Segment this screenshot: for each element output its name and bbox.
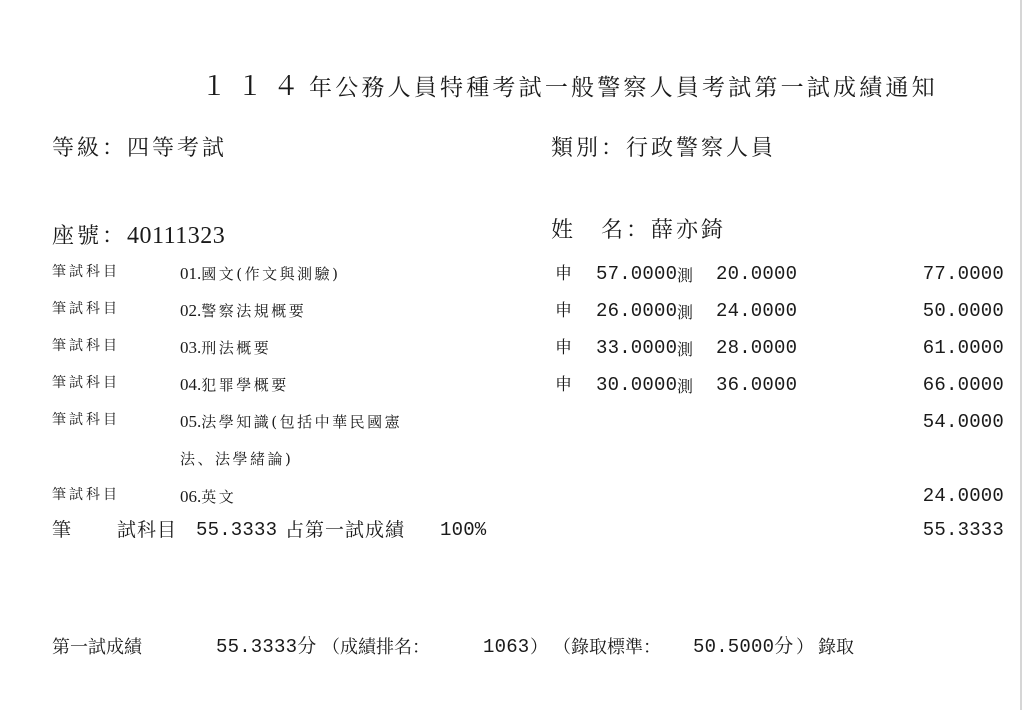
final-score: 55.3333分 bbox=[216, 638, 316, 657]
mc-score: 24.0000 bbox=[716, 302, 797, 321]
essay-mark: 申 bbox=[555, 340, 572, 357]
admission-result: 錄取 bbox=[818, 639, 854, 657]
category-label: 類別： bbox=[551, 136, 626, 161]
subject-name: 05.法學知識(包括中華民國憲 bbox=[180, 413, 402, 430]
subject-name-continued: 法、法學緒論) bbox=[180, 452, 293, 467]
subject-label: 筆試科目 bbox=[52, 265, 120, 279]
seat-label: 座號： bbox=[52, 224, 127, 249]
subject-total: 77.0000 bbox=[923, 265, 1004, 284]
subject-name: 03.刑法概要 bbox=[180, 339, 271, 356]
mc-score: 20.0000 bbox=[716, 265, 797, 284]
standard-value: 50.5000分 bbox=[693, 638, 793, 657]
essay-score: 33.0000 bbox=[596, 339, 677, 358]
final-label: 第一試成績 bbox=[52, 639, 142, 657]
subject-label: 筆試科目 bbox=[52, 413, 120, 427]
rank-close: ） bbox=[530, 639, 548, 657]
standard-close: ） bbox=[796, 639, 814, 657]
document-title: １１４年公務人員特種考試一般警察人員考試第一試成績通知 bbox=[201, 74, 938, 100]
essay-score: 30.0000 bbox=[596, 376, 677, 395]
essay-mark: 申 bbox=[555, 266, 572, 283]
subject-label: 筆試科目 bbox=[52, 302, 120, 316]
name-label: 姓 名： bbox=[551, 218, 651, 243]
subject-total: 50.0000 bbox=[923, 302, 1004, 321]
subject-label: 筆試科目 bbox=[52, 339, 120, 353]
name-value: 薛亦錡 bbox=[651, 218, 726, 243]
subject-name: 01.國文(作文與測驗) bbox=[180, 265, 340, 282]
subject-name: 06.英文 bbox=[180, 488, 236, 505]
mc-mark: 測 bbox=[677, 268, 693, 284]
rank-open: （成績排名： bbox=[322, 639, 430, 657]
level-label: 等級： bbox=[52, 136, 127, 161]
page-edge-border bbox=[1020, 0, 1022, 710]
seat-field: 座號：40111323 bbox=[52, 224, 225, 248]
name-field: 姓 名：薛亦錡 bbox=[551, 220, 726, 242]
mc-mark: 測 bbox=[677, 305, 693, 321]
summary-label-b: 試科目 bbox=[117, 521, 177, 540]
category-value: 行政警察人員 bbox=[626, 136, 776, 161]
subject-name: 04.犯罪學概要 bbox=[180, 376, 289, 393]
subject-total: 54.0000 bbox=[923, 413, 1004, 432]
mc-mark: 測 bbox=[677, 379, 693, 395]
subject-label: 筆試科目 bbox=[52, 488, 120, 502]
level-field: 等級：四等考試 bbox=[52, 138, 227, 160]
title-year: １１４ bbox=[201, 72, 309, 101]
summary-weight-label: 占第一試成績 bbox=[285, 521, 405, 540]
mc-score: 36.0000 bbox=[716, 376, 797, 395]
rank-value: 1063 bbox=[483, 638, 529, 657]
subject-label: 筆試科目 bbox=[52, 376, 120, 390]
title-text: 年公務人員特種考試一般警察人員考試第一試成績通知 bbox=[309, 75, 938, 101]
subject-total: 66.0000 bbox=[923, 376, 1004, 395]
summary-average: 55.3333 bbox=[196, 521, 277, 540]
subject-total: 24.0000 bbox=[923, 487, 1004, 506]
standard-open: （錄取標準： bbox=[553, 639, 661, 657]
seat-value: 40111323 bbox=[127, 223, 225, 249]
subject-name: 02.警察法規概要 bbox=[180, 302, 306, 319]
mc-mark: 測 bbox=[677, 342, 693, 358]
essay-mark: 申 bbox=[555, 377, 572, 394]
mc-score: 28.0000 bbox=[716, 339, 797, 358]
essay-score: 26.0000 bbox=[596, 302, 677, 321]
essay-mark: 申 bbox=[555, 303, 572, 320]
summary-label-a: 筆 bbox=[52, 521, 71, 540]
category-field: 類別：行政警察人員 bbox=[551, 138, 776, 160]
level-value: 四等考試 bbox=[127, 136, 227, 161]
essay-score: 57.0000 bbox=[596, 265, 677, 284]
summary-total: 55.3333 bbox=[923, 521, 1004, 540]
summary-weight: 100% bbox=[440, 521, 486, 540]
subject-total: 61.0000 bbox=[923, 339, 1004, 358]
